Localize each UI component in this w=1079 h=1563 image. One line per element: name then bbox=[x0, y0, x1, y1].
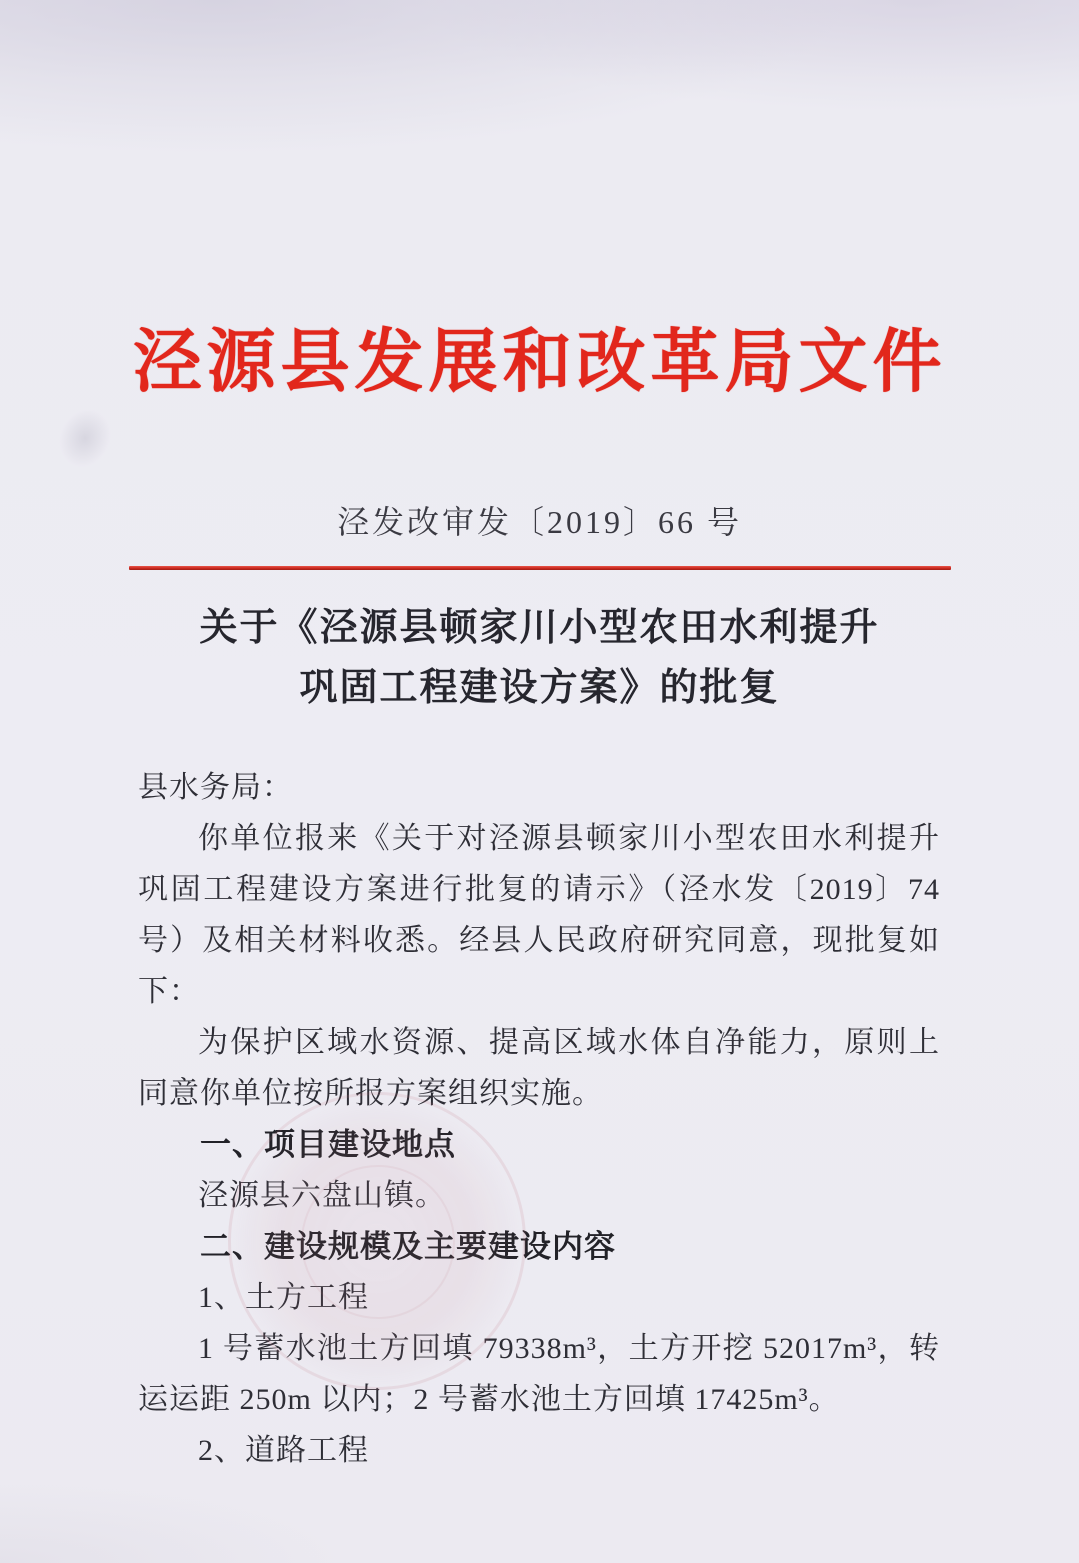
agency-letterhead-title: 泾源县发展和改革局文件 bbox=[0, 0, 1079, 408]
subsection-road-works: 2、道路工程 bbox=[138, 1425, 940, 1476]
document-reference-number: 泾发改审发〔2019〕66 号 bbox=[0, 502, 1079, 542]
document-title: 关于《泾源县顿家川小型农田水利提升 巩固工程建设方案》的批复 bbox=[0, 598, 1079, 718]
salutation: 县水务局： bbox=[138, 762, 940, 813]
subsection-earthwork: 1、土方工程 bbox=[138, 1272, 940, 1323]
paragraph-approval-statement: 为保护区域水资源、提高区域水体自净能力，原则上同意你单位按所报方案组织实施。 bbox=[138, 1017, 940, 1119]
document-title-line-2: 巩固工程建设方案》的批复 bbox=[0, 658, 1079, 718]
section-heading-construction-scale: 二、建设规模及主要建设内容 bbox=[138, 1221, 940, 1272]
scanned-document-page: 泾源县发展和改革局文件 泾发改审发〔2019〕66 号 关于《泾源县顿家川小型农… bbox=[0, 0, 1079, 1563]
scan-smudge bbox=[50, 400, 121, 476]
red-separator-line bbox=[129, 566, 951, 570]
section-heading-project-location: 一、项目建设地点 bbox=[138, 1119, 940, 1170]
paragraph-project-location: 泾源县六盘山镇。 bbox=[138, 1170, 940, 1221]
paragraph-request-received: 你单位报来《关于对泾源县顿家川小型农田水利提升巩固工程建设方案进行批复的请示》（… bbox=[138, 813, 940, 1017]
document-title-line-1: 关于《泾源县顿家川小型农田水利提升 bbox=[0, 598, 1079, 658]
document-body: 县水务局： 你单位报来《关于对泾源县顿家川小型农田水利提升巩固工程建设方案进行批… bbox=[138, 762, 940, 1476]
paragraph-earthwork-details: 1 号蓄水池土方回填 79338m³，土方开挖 52017m³，转运运距 250… bbox=[138, 1323, 940, 1425]
